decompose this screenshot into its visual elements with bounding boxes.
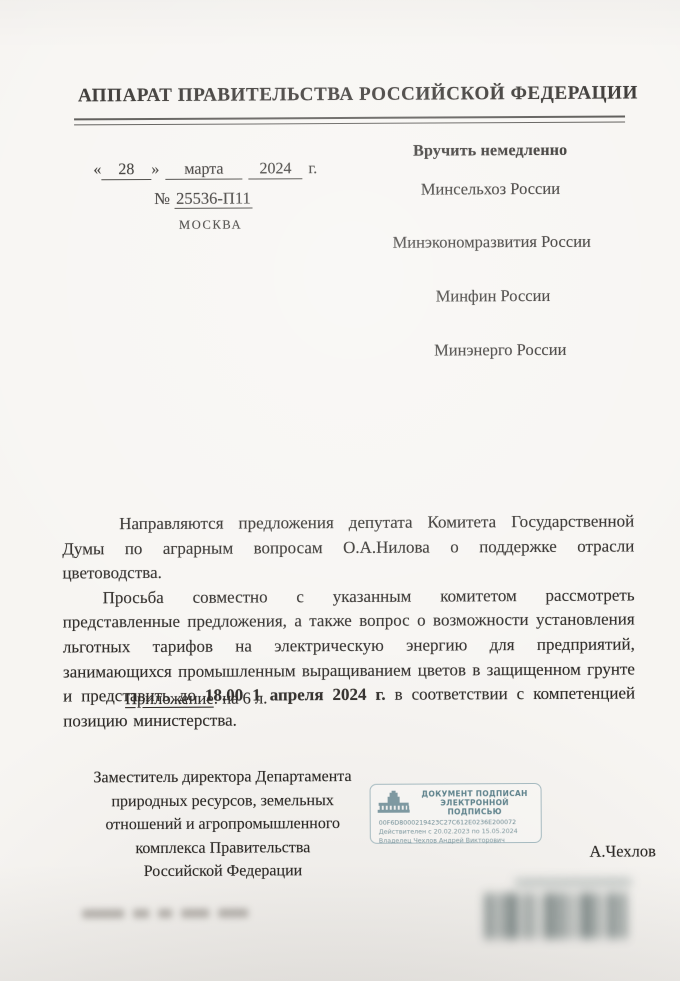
government-building-icon — [378, 790, 410, 816]
redacted-segment — [158, 909, 172, 918]
letter-sheet: АППАРАТ ПРАВИТЕЛЬСТВА РОССИЙСКОЙ ФЕДЕРАЦ… — [0, 0, 680, 981]
signer-position-line: природных ресурсов, земельных — [70, 788, 376, 813]
signer-position-line: отношений и агропромышленного — [70, 812, 376, 837]
signer-position-line: Заместитель директора Департамента — [69, 765, 375, 790]
attachment-label: Приложение — [125, 689, 214, 708]
redacted-executor-info — [82, 908, 248, 918]
barcode-bars — [485, 892, 657, 939]
recipient-minenergo: Минэнерго России — [370, 339, 630, 360]
document-number: 25536-П11 — [174, 188, 253, 208]
paragraph-2: Просьба совместно с указанным комитетом … — [62, 583, 635, 734]
certificate-validity: Действителен с 20.02.2023 по 15.05.2024 — [379, 828, 537, 838]
date-month: марта — [165, 161, 242, 180]
certificate-owner: Владелец Чехлов Андрей Викторович — [379, 837, 537, 847]
redacted-segment — [133, 909, 149, 918]
letterhead-title: АППАРАТ ПРАВИТЕЛЬСТВА РОССИЙСКОЙ ФЕДЕРАЦ… — [78, 82, 638, 107]
attachment-value: : на 6 л. — [214, 688, 268, 707]
stamp-details: 00F6D8000219423C27C612E0236E200072 Дейст… — [371, 817, 541, 846]
signer-position-line: Российской Федерации — [70, 859, 376, 884]
recipient-minfin: Минфин России — [363, 286, 623, 307]
blurred-barcode — [485, 878, 657, 939]
barcode-caption-smear — [515, 878, 631, 886]
stamp-header: ДОКУМЕНТ ПОДПИСАН ЭЛЕКТРОННОЙ ПОДПИСЬЮ — [371, 784, 541, 818]
signer-name: А.Чехлов — [522, 841, 656, 862]
date-line: «28»марта2024г. — [93, 160, 313, 180]
redacted-segment — [181, 909, 209, 918]
stamp-title-line1: ДОКУМЕНТ ПОДПИСАН — [421, 789, 527, 799]
date-day: 28 — [101, 161, 151, 180]
date-year: 2024 — [248, 160, 302, 179]
close-quote: » — [151, 161, 159, 178]
letterhead-double-rule — [74, 116, 625, 126]
stamp-title-line2: ЭЛЕКТРОННОЙ ПОДПИСЬЮ — [440, 798, 509, 816]
redacted-segment — [82, 909, 124, 918]
redacted-segment — [218, 908, 248, 917]
stamp-title: ДОКУМЕНТ ПОДПИСАН ЭЛЕКТРОННОЙ ПОДПИСЬЮ — [415, 789, 535, 817]
signer-position-line: комплекса Правительства — [70, 836, 376, 861]
date-suffix: г. — [308, 160, 317, 177]
paragraph-1: Направляются предложения депутата Комите… — [62, 509, 634, 586]
recipient-minselkhoz: Минсельхоз России — [360, 179, 620, 200]
digital-signature-stamp: ДОКУМЕНТ ПОДПИСАН ЭЛЕКТРОННОЙ ПОДПИСЬЮ 0… — [370, 783, 542, 844]
city-label: МОСКВА — [94, 217, 314, 233]
number-sign: № — [154, 189, 170, 208]
urgency-note: Вручить немедленно — [360, 142, 620, 161]
open-quote: « — [93, 161, 101, 178]
signer-position-block: Заместитель директора Департамента приро… — [69, 765, 376, 885]
attachment-line: Приложение: на 6 л. — [125, 688, 267, 709]
document-number-line: № 25536-П11 — [93, 188, 313, 209]
scanned-letter-photo: АППАРАТ ПРАВИТЕЛЬСТВА РОССИЙСКОЙ ФЕДЕРАЦ… — [0, 0, 680, 981]
recipient-minekonomrazvitiya: Минэкономразвития России — [362, 232, 622, 253]
